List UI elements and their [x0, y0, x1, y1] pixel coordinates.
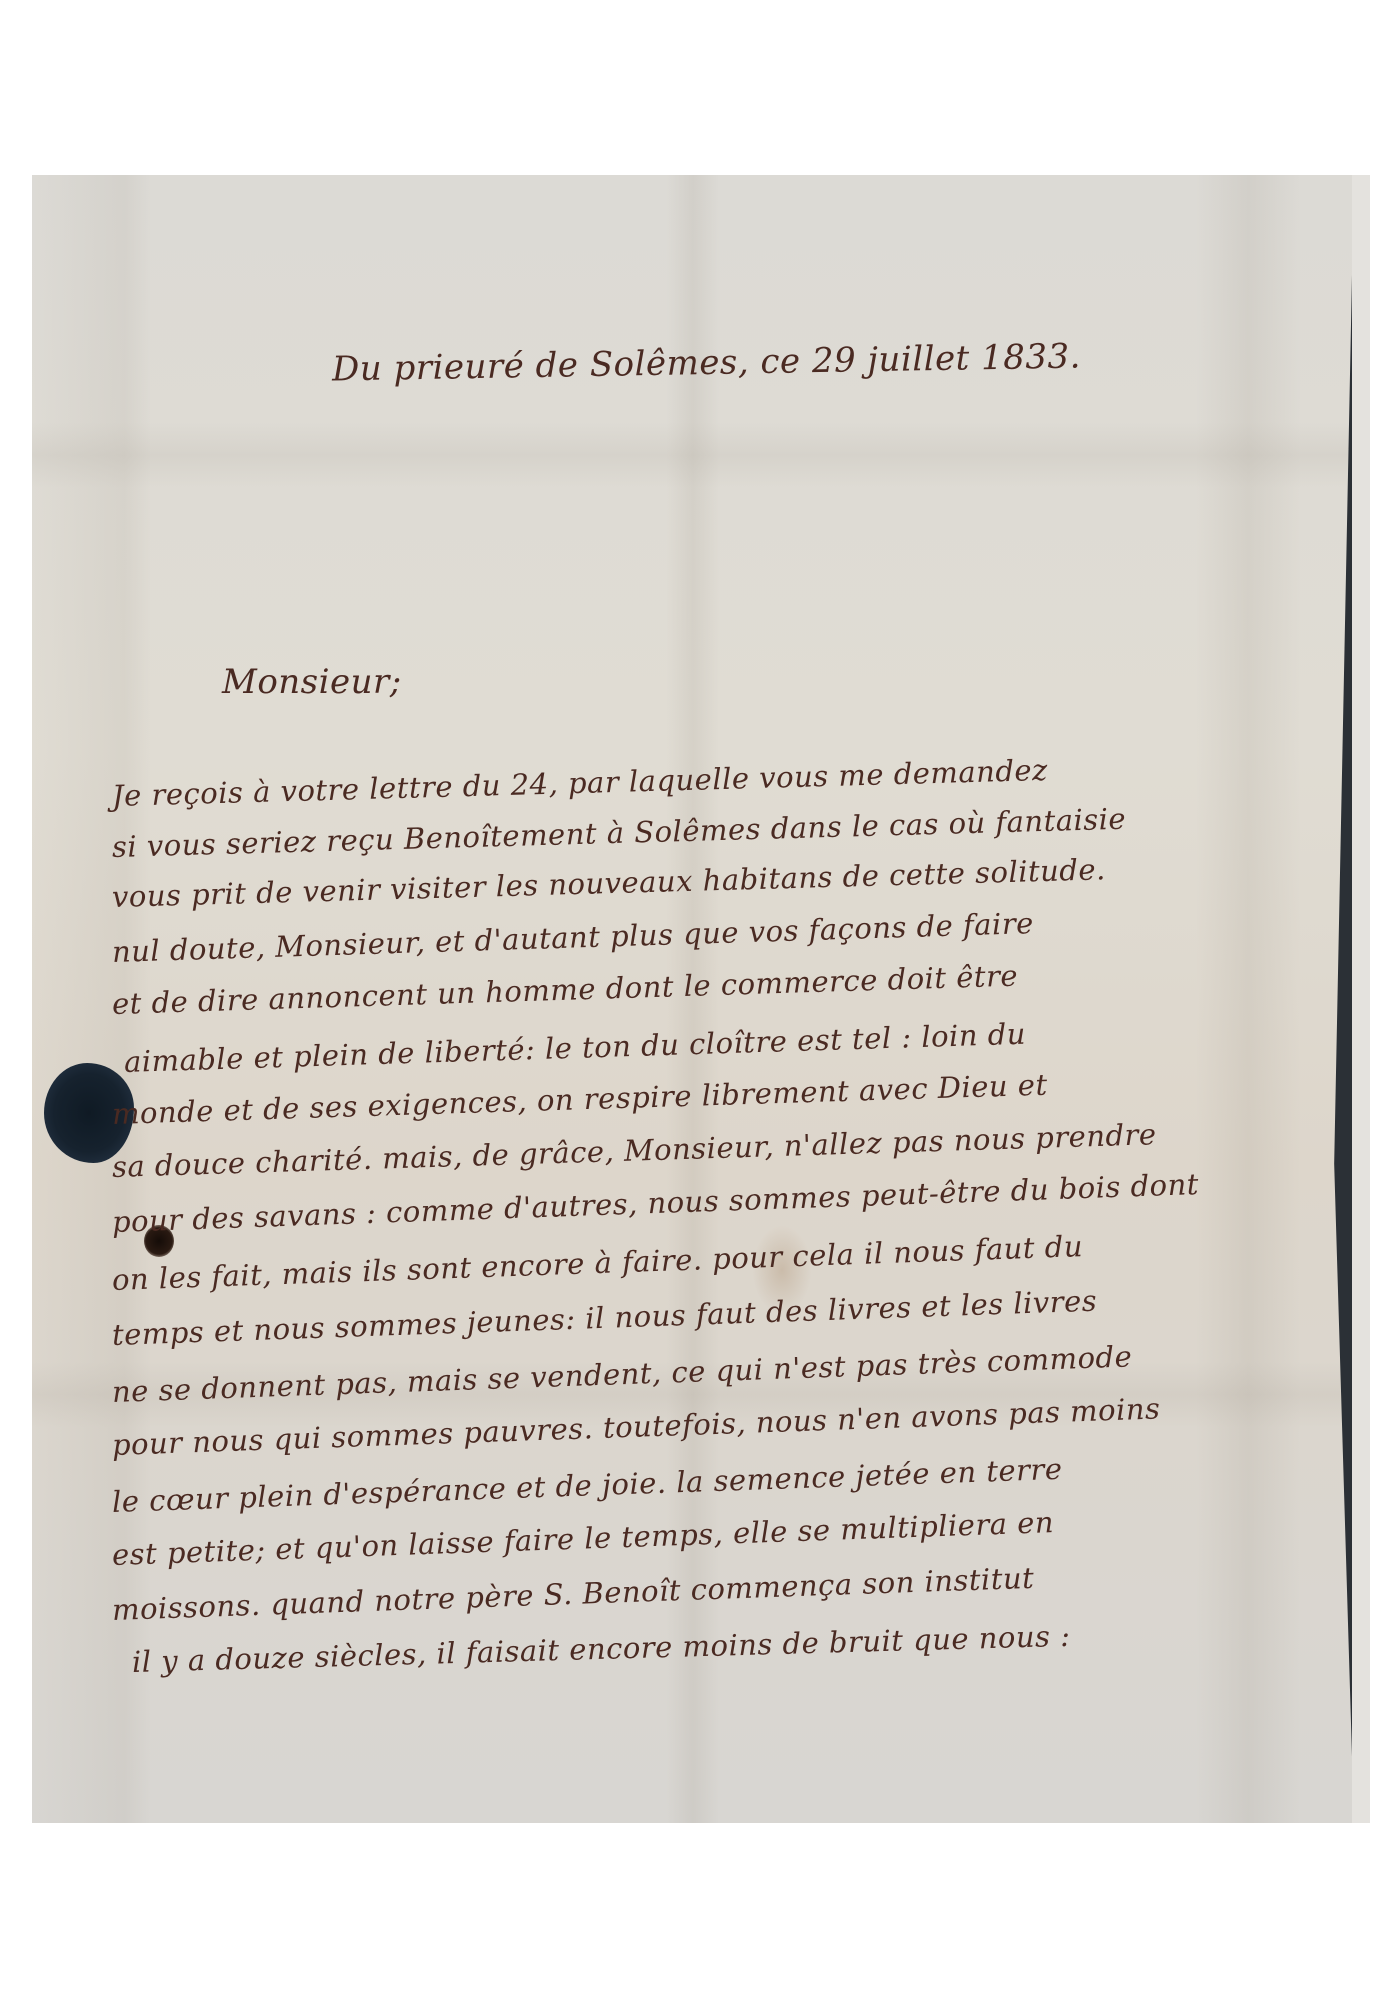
body-line-6: aimable et plein de liberté: le ton du c… — [123, 1017, 1026, 1079]
body-line-15: est petite; et qu'on laisse faire le tem… — [111, 1505, 1054, 1572]
dateline: Du prieuré de Solêmes, ce 29 juillet 183… — [332, 336, 1082, 389]
paper-right-edge — [1352, 175, 1370, 1823]
body-line-17: il y a douze siècles, il faisait encore … — [132, 1619, 1071, 1679]
body-line-16: moissons. quand notre père S. Benoît com… — [111, 1561, 1034, 1627]
body-line-4: nul doute, Monsieur, et d'autant plus qu… — [111, 906, 1034, 969]
letter-paper: Du prieuré de Solêmes, ce 29 juillet 183… — [32, 175, 1354, 1823]
body-line-7: monde et de ses exigences, on respire li… — [111, 1068, 1048, 1131]
letter-photograph: Du prieuré de Solêmes, ce 29 juillet 183… — [32, 175, 1370, 1823]
body-line-10: on les fait, mais ils sont encore à fair… — [111, 1229, 1083, 1297]
body-line-2: si vous seriez reçu Benoîtement à Solême… — [112, 802, 1127, 864]
body-line-1: Je reçois à votre lettre du 24, par laqu… — [112, 753, 1049, 813]
body-line-5: et de dire annoncent un homme dont le co… — [111, 959, 1018, 1021]
body-line-3: vous prit de venir visiter les nouveaux … — [112, 852, 1107, 914]
salutation: Monsieur; — [222, 662, 402, 702]
body-line-11: temps et nous sommes jeunes: il nous fau… — [111, 1284, 1097, 1352]
